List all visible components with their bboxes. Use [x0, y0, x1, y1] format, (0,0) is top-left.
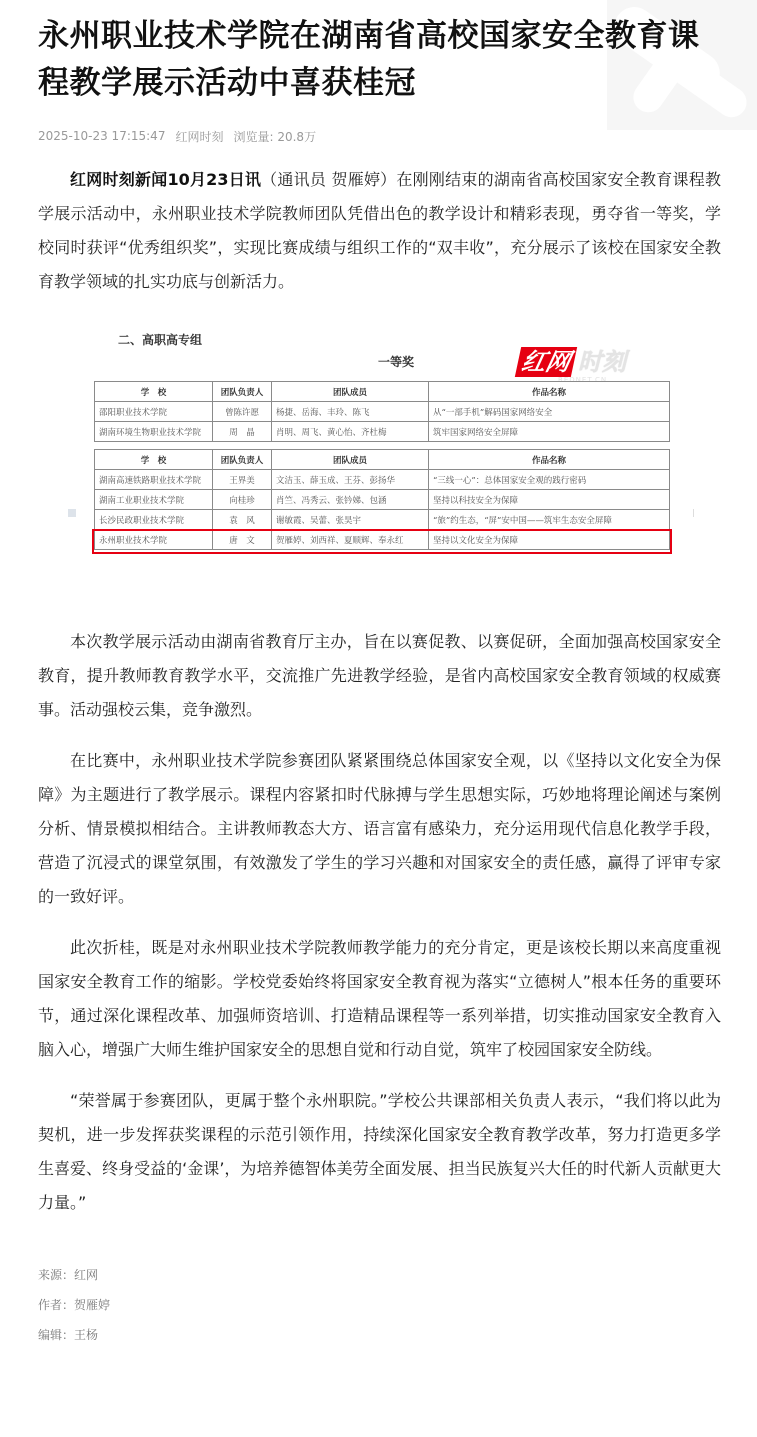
cell-work: “三线一心”：总体国家安全观的践行密码 [429, 470, 670, 490]
cell-leader: 周 晶 [213, 422, 272, 442]
cell-school: 永州职业技术学院 [95, 530, 213, 550]
header-members: 团队成员 [272, 450, 429, 470]
award-table-1: 学 校 团队负责人 团队成员 作品名称 邵阳职业技术学院 曾陈许愿 杨捷、岳海、… [94, 381, 670, 442]
source-link[interactable]: 红网时刻 [175, 128, 223, 145]
cell-leader: 王界美 [213, 470, 272, 490]
cell-members: 文洁玉、薛玉成、王芬、彭扬华 [272, 470, 429, 490]
paragraph-5: “荣誉属于参赛团队，更属于整个永州职院。”学校公共课部相关负责人表示，“我们将以… [38, 1084, 721, 1220]
article-meta: 2025-10-23 17:15:47 红网时刻 浏览量: 20.8万 [38, 126, 721, 146]
cell-work: 坚持以科技安全为保障 [429, 490, 670, 510]
cell-school: 长沙民政职业技术学院 [95, 510, 213, 530]
cell-work: 坚持以文化安全为保障 [429, 530, 670, 550]
table-row: 湖南工业职业技术学院 向桂珍 肖竺、冯秀云、张钤娣、包涵 坚持以科技安全为保障 [95, 490, 670, 510]
paragraph-3: 在比赛中，永州职业技术学院参赛团队紧紧围绕总体国家安全观，以《坚持以文化安全为保… [38, 744, 721, 914]
cell-leader: 唐 文 [213, 530, 272, 550]
header-work: 作品名称 [429, 450, 670, 470]
cell-school: 湖南工业职业技术学院 [95, 490, 213, 510]
logo-grey-text: 时刻 [574, 347, 626, 377]
table-header-row: 学 校 团队负责人 团队成员 作品名称 [95, 382, 670, 402]
dateline: 红网时刻新闻10月23日讯 [70, 170, 261, 189]
figure-award-title: 一等奖 [378, 353, 414, 370]
table-row: 湖南环境生物职业技术学院 周 晶 肖明、周飞、黄心怡、齐杜梅 筑牢国家网络安全屏… [95, 422, 670, 442]
cell-school: 湖南环境生物职业技术学院 [95, 422, 213, 442]
image-edge-mark [68, 509, 76, 517]
cell-members: 谢敏霞、吴蕾、张昊宇 [272, 510, 429, 530]
table-row-highlighted: 永州职业技术学院 唐 文 贺雁婷、刘西祥、夏顺辉、奉永红 坚持以文化安全为保障 [95, 530, 670, 550]
view-count: 浏览量: 20.8万 [233, 128, 316, 145]
cell-school: 湖南高速铁路职业技术学院 [95, 470, 213, 490]
award-table-2: 学 校 团队负责人 团队成员 作品名称 湖南高速铁路职业技术学院 王界美 文洁玉… [94, 449, 670, 550]
source-value: 红网 [74, 1268, 98, 1282]
header-school: 学 校 [95, 382, 213, 402]
cell-members: 肖竺、冯秀云、张钤娣、包涵 [272, 490, 429, 510]
editor-label: 编辑： [38, 1328, 74, 1342]
paragraph-4: 此次折桂，既是对永州职业技术学院教师教学能力的充分肯定，更是该校长期以来高度重视… [38, 931, 721, 1067]
logo-red-text: 红网 [515, 347, 577, 377]
cell-leader: 曾陈许愿 [213, 402, 272, 422]
table-row: 邵阳职业技术学院 曾陈许愿 杨捷、岳海、丰玲、陈飞 从“一部手机”解码国家网络安… [95, 402, 670, 422]
paragraph-1: 红网时刻新闻10月23日讯（通讯员 贺雁婷）在刚刚结束的湖南省高校国家安全教育课… [38, 163, 721, 299]
table-header-row: 学 校 团队负责人 团队成员 作品名称 [95, 450, 670, 470]
views-value: 20.8万 [277, 130, 316, 144]
image-edge-mark [693, 509, 694, 517]
cell-work: “旅”约生态，“屏”安中国——筑牢生态安全屏障 [429, 510, 670, 530]
cell-work: 筑牢国家网络安全屏障 [429, 422, 670, 442]
credit-author: 作者：贺雁婷 [38, 1290, 721, 1320]
source-label: 来源： [38, 1268, 74, 1282]
views-label: 浏览量: [233, 130, 273, 144]
cell-leader: 向桂珍 [213, 490, 272, 510]
author-value: 贺雁婷 [74, 1298, 110, 1312]
header-school: 学 校 [95, 450, 213, 470]
award-list-image: 二、高职高专组 一等奖 红网 时刻 REDNET.CN 学 校 团队负责人 团队… [88, 323, 688, 568]
cell-members: 肖明、周飞、黄心怡、齐杜梅 [272, 422, 429, 442]
cell-work: 从“一部手机”解码国家网络安全 [429, 402, 670, 422]
cell-school: 邵阳职业技术学院 [95, 402, 213, 422]
figure-group-heading: 二、高职高专组 [118, 331, 202, 348]
table-row: 长沙民政职业技术学院 袁 风 谢敏霞、吴蕾、张昊宇 “旅”约生态，“屏”安中国—… [95, 510, 670, 530]
article-credits: 来源：红网 作者：贺雁婷 编辑：王杨 [38, 1260, 721, 1362]
header-leader: 团队负责人 [213, 382, 272, 402]
rednet-logo: 红网 时刻 [518, 341, 626, 377]
article: 永州职业技术学院在湖南省高校国家安全教育课程教学展示活动中喜获桂冠 2025-1… [0, 0, 757, 1362]
cell-members: 杨捷、岳海、丰玲、陈飞 [272, 402, 429, 422]
credit-editor: 编辑：王杨 [38, 1320, 721, 1350]
cell-leader: 袁 风 [213, 510, 272, 530]
header-members: 团队成员 [272, 382, 429, 402]
publish-datetime: 2025-10-23 17:15:47 [38, 129, 165, 143]
paragraph-2: 本次教学展示活动由湖南省教育厅主办，旨在以赛促教、以赛促研，全面加强高校国家安全… [38, 625, 721, 727]
article-title: 永州职业技术学院在湖南省高校国家安全教育课程教学展示活动中喜获桂冠 [38, 0, 721, 107]
editor-value: 王杨 [74, 1328, 98, 1342]
header-work: 作品名称 [429, 382, 670, 402]
cell-members: 贺雁婷、刘西祥、夏顺辉、奉永红 [272, 530, 429, 550]
credit-source: 来源：红网 [38, 1260, 721, 1290]
table-row: 湖南高速铁路职业技术学院 王界美 文洁玉、薛玉成、王芬、彭扬华 “三线一心”：总… [95, 470, 670, 490]
header-leader: 团队负责人 [213, 450, 272, 470]
author-label: 作者： [38, 1298, 74, 1312]
